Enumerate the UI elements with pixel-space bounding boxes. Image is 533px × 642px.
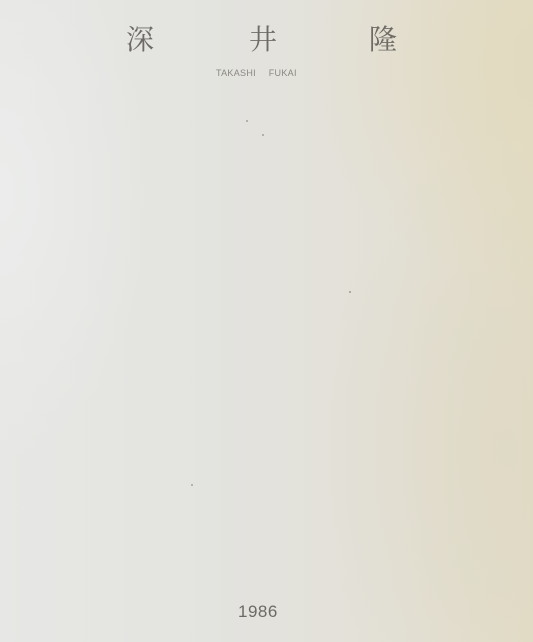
book-cover: 深 井 隆 TAKASHI FUKAI 1986 [0,0,533,642]
publication-year: 1986 [238,602,278,622]
paper-speck [349,291,351,293]
paper-speck [191,484,193,486]
paper-speck [262,134,264,136]
name-kanji-3: 隆 [369,26,397,54]
name-kanji-1: 深 [126,26,154,54]
paper-speck [246,120,248,122]
name-kanji-2: 井 [249,26,277,54]
name-romaji: TAKASHI FUKAI [216,68,297,78]
